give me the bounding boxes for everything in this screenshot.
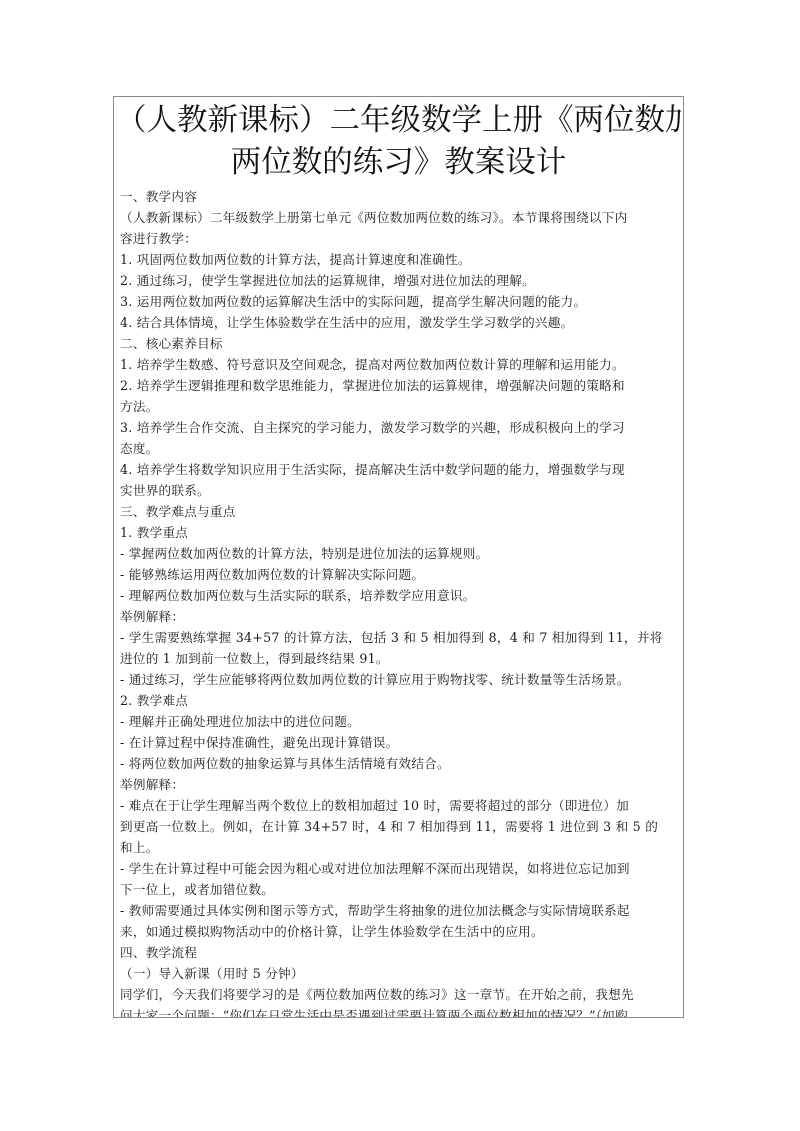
bullet-item: - 通过练习，学生应能够将两位数加两位数的计算应用于购物找零、统计数量等生活场景… (120, 669, 677, 690)
bullet-item: - 掌握两位数加两位数的计算方法，特别是进位加法的运算规则。 (120, 543, 677, 564)
list-item: 1. 巩固两位数加两位数的计算方法，提高计算速度和准确性。 (120, 249, 677, 270)
bullet-item: - 难点在于让学生理解当两个数位上的数相加超过 10 时，需要将超过的部分（即进… (120, 795, 677, 816)
bullet-item: - 理解两位数加两位数与生活实际的联系，培养数学应用意识。 (120, 585, 677, 606)
section-heading-key-difficult-points: 三、教学难点与重点 (120, 501, 677, 522)
bullet-item: - 教师需要通过具体实例和图示等方式，帮助学生将抽象的进位加法概念与实际情境联系… (120, 900, 677, 921)
list-item: 3. 运用两位数加两位数的运算解决生活中的实际问题，提高学生解决问题的能力。 (120, 291, 677, 312)
list-item: 2. 通过练习，使学生掌握进位加法的运算规律，增强对进位加法的理解。 (120, 270, 677, 291)
title-line-1: （人教新课标）二年级数学上册《两位数加 (116, 100, 677, 142)
bullet-item: - 学生在计算过程中可能会因为粗心或对进位加法理解不深而出现错误，如将进位忘记加… (120, 858, 677, 879)
paragraph-line: （人教新课标）二年级数学上册第七单元《两位数加两位数的练习》。本节课将围绕以下内 (120, 207, 677, 228)
document-body: 一、教学内容 （人教新课标）二年级数学上册第七单元《两位数加两位数的练习》。本节… (120, 186, 677, 1018)
list-item: 4. 培养学生将数学知识应用于生活实际，提高解决生活中数学问题的能力，增强数学与… (120, 459, 677, 480)
list-item-continued: 实世界的联系。 (120, 480, 677, 501)
list-item: 3. 培养学生合作交流、自主探究的学习能力，激发学习数学的兴趣，形成积极向上的学… (120, 417, 677, 438)
section-heading-teaching-process: 四、教学流程 (120, 942, 677, 963)
list-item-continued: 方法。 (120, 396, 677, 417)
list-item: 2. 培养学生逻辑推理和数学思维能力，掌握进位加法的运算规律，增强解决问题的策略… (120, 375, 677, 396)
bullet-item-continued: 进位的 1 加到前一位数上，得到最终结果 91。 (120, 648, 677, 669)
paragraph-line: 容进行教学： (120, 228, 677, 249)
title-line-2: 两位数的练习》教案设计 (120, 142, 677, 184)
section-heading-core-goals: 二、核心素养目标 (120, 333, 677, 354)
subheading-introduction: （一）导入新课（用时 5 分钟） (120, 963, 677, 984)
list-item-continued: 态度。 (120, 438, 677, 459)
list-item: 4. 结合具体情境，让学生体验数学在生活中的应用，激发学生学习数学的兴趣。 (120, 312, 677, 333)
bullet-item: - 将两位数加两位数的抽象运算与具体生活情境有效结合。 (120, 753, 677, 774)
subheading-key-points: 1. 教学重点 (120, 522, 677, 543)
bullet-item-continued: 到更高一位数上。例如，在计算 34+57 时，4 和 7 相加得到 11，需要将… (120, 816, 677, 837)
document-frame: （人教新课标）二年级数学上册《两位数加 两位数的练习》教案设计 一、教学内容 （… (113, 96, 684, 1018)
bullet-item-continued: 来，如通过模拟购物活动中的价格计算，让学生体验数学在生活中的应用。 (120, 921, 677, 942)
bullet-item: - 学生需要熟练掌握 34+57 的计算方法，包括 3 和 5 相加得到 8，4… (120, 627, 677, 648)
example-label: 举例解释： (120, 774, 677, 795)
example-label: 举例解释： (120, 606, 677, 627)
paragraph-line: 同学们，今天我们将要学习的是《两位数加两位数的练习》这一章节。在开始之前，我想先 (120, 984, 677, 1005)
bullet-item-continued: 和上。 (120, 837, 677, 858)
document-title: （人教新课标）二年级数学上册《两位数加 两位数的练习》教案设计 (120, 100, 677, 184)
section-heading-teaching-content: 一、教学内容 (120, 186, 677, 207)
list-item: 1. 培养学生数感、符号意识及空间观念，提高对两位数加两位数计算的理解和运用能力… (120, 354, 677, 375)
bullet-item: - 能够熟练运用两位数加两位数的计算解决实际问题。 (120, 564, 677, 585)
bullet-item: - 在计算过程中保持准确性，避免出现计算错误。 (120, 732, 677, 753)
bullet-item: - 理解并正确处理进位加法中的进位问题。 (120, 711, 677, 732)
subheading-difficult-points: 2. 教学难点 (120, 690, 677, 711)
bullet-item-continued: 下一位上，或者加错位数。 (120, 879, 677, 900)
paragraph-line: 问大家一个问题：“你们在日常生活中是否遇到过需要计算两个两位数相加的情况？”（如… (120, 1005, 677, 1018)
